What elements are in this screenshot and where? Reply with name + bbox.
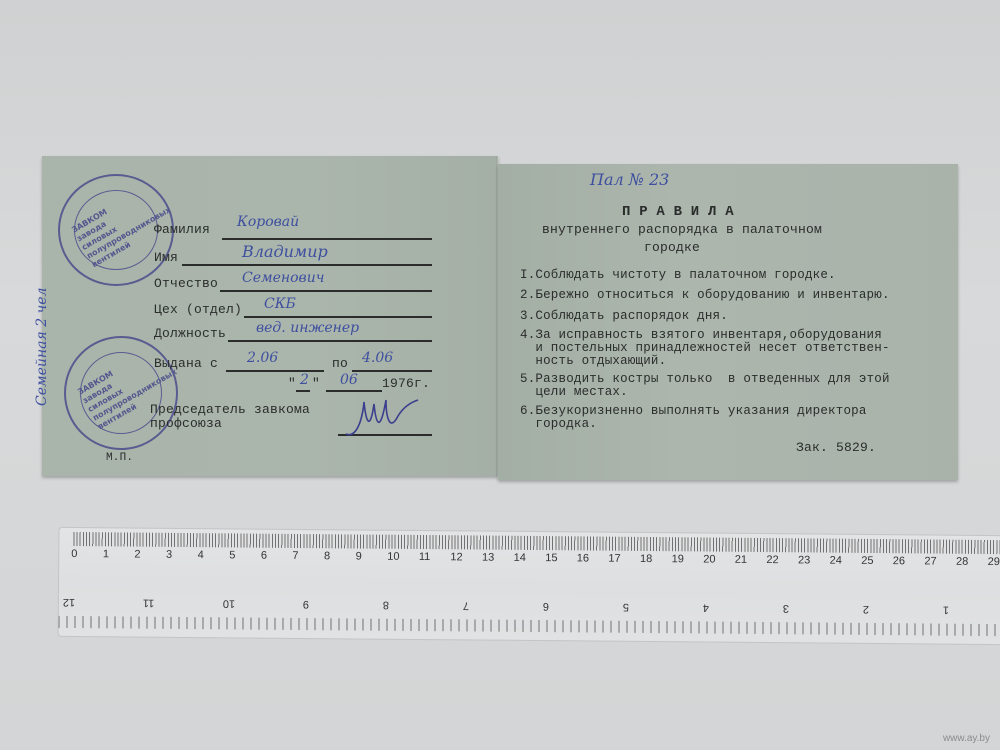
ruler-cm-label: 28 xyxy=(956,556,968,568)
ruler-cm-label: 7 xyxy=(292,550,298,562)
field-value-name: Владимир xyxy=(242,242,328,261)
ruler-cm-label: 21 xyxy=(735,554,747,566)
ruler-cm-label: 25 xyxy=(861,555,873,567)
ruler-cm-label: 10 xyxy=(387,551,399,563)
ruler-cm-label: 19 xyxy=(672,553,684,565)
ruler-cm-label: 23 xyxy=(798,554,810,566)
ruler-cm-label: 9 xyxy=(356,550,362,562)
rule-6-line2: городка. xyxy=(520,417,597,431)
signature-label-line1: Председатель завкома xyxy=(150,402,310,417)
ruler-cm-label: 29 xyxy=(988,556,1000,568)
ruler-inch-label: 8 xyxy=(383,599,389,611)
ruler-cm-label: 20 xyxy=(703,553,715,565)
ruler-cm-label: 4 xyxy=(198,549,204,561)
date-year: 1976г. xyxy=(382,376,430,391)
ruler: 0123456789101112131415161718192021222324… xyxy=(58,527,1000,645)
ruler-cm-label: 2 xyxy=(134,549,140,561)
date-quote-open: " xyxy=(288,376,296,391)
ruler-cm-label: 27 xyxy=(924,555,936,567)
field-line-position xyxy=(228,340,432,342)
ruler-inch-label: 10 xyxy=(223,597,235,609)
ruler-inch-label: 1 xyxy=(943,604,949,616)
issued-from-value: 2.06 xyxy=(247,350,278,366)
ruler-cm-label: 15 xyxy=(545,552,557,564)
seal-label: М.П. xyxy=(106,452,133,464)
ruler-inch-label: 7 xyxy=(463,599,469,611)
rule-4-line3: ность отдыхающий. xyxy=(520,354,666,368)
field-value-position: вед. инженер xyxy=(256,320,359,336)
field-label-patronymic: Отчество xyxy=(154,276,218,291)
rule-4-line1: 4.За исправность взятого инвентаря,обору… xyxy=(520,328,882,342)
rule-1: I.Соблюдать чистоту в палаточном городке… xyxy=(520,268,836,282)
ruler-cm-label: 8 xyxy=(324,550,330,562)
ruler-cm-label: 18 xyxy=(640,553,652,565)
ruler-cm-label: 0 xyxy=(71,548,77,560)
ruler-cm-label: 3 xyxy=(166,549,172,561)
rule-5-line1: 5.Разводить костры только в отведенных д… xyxy=(520,372,890,386)
watermark: www.ay.by xyxy=(943,733,990,744)
field-label-surname: Фамилия xyxy=(154,222,210,237)
handwritten-tent-number: Пал № 23 xyxy=(590,170,669,189)
ruler-inch-label: 2 xyxy=(863,603,869,615)
issued-to-value: 4.06 xyxy=(362,350,393,366)
ruler-cm-label: 12 xyxy=(450,551,462,563)
issued-to-line xyxy=(352,370,432,372)
field-label-name: Имя xyxy=(154,250,178,265)
ruler-inch-label: 3 xyxy=(783,602,789,614)
ruler-cm-label: 6 xyxy=(261,550,267,562)
ruler-mm-ticks xyxy=(73,532,1000,554)
ruler-inch-label: 11 xyxy=(143,597,155,609)
ruler-cm-label: 11 xyxy=(419,551,431,563)
ruler-inch-label: 4 xyxy=(703,601,709,613)
rules-subtitle-line1: внутреннего распорядка в палаточном xyxy=(542,222,822,237)
issued-from-label: Выдана с xyxy=(154,356,218,371)
rules-subtitle-line2: городке xyxy=(644,240,700,255)
signature-label-line2: профсоюза xyxy=(150,416,222,431)
field-value-surname: Коровай xyxy=(237,214,299,230)
field-line-department xyxy=(244,316,432,318)
rule-4-line2: и постельных принадлежностей несет ответ… xyxy=(520,341,890,355)
document-booklet: ЗАВКОМ завода силовых полупроводниковых … xyxy=(42,156,958,480)
left-page: ЗАВКОМ завода силовых полупроводниковых … xyxy=(42,156,498,476)
field-value-department: СКБ xyxy=(264,296,296,312)
date-day: 2 xyxy=(300,372,309,388)
field-value-patronymic: Семенович xyxy=(242,270,324,286)
ruler-cm-label: 1 xyxy=(103,548,109,560)
rule-6-line1: 6.Безукоризненно выполнять указания дире… xyxy=(520,404,867,418)
signature-scribble-icon xyxy=(342,392,422,440)
stamp-bottom: ЗАВКОМ завода силовых полупроводниковых … xyxy=(64,336,178,450)
field-label-position: Должность xyxy=(154,326,226,341)
side-handwritten-note: Семейная 2 чел xyxy=(34,288,50,406)
ruler-cm-label: 14 xyxy=(514,552,526,564)
date-day-line xyxy=(296,390,310,392)
field-line-patronymic xyxy=(220,290,432,292)
ruler-inch-label: 12 xyxy=(63,596,75,608)
right-page: Пал № 23 П Р А В И Л А внутреннего распо… xyxy=(498,164,958,480)
ruler-cm-label: 5 xyxy=(229,549,235,561)
date-month: 06 xyxy=(340,372,358,388)
field-label-department: Цех (отдел) xyxy=(154,302,242,317)
rule-3: 3.Соблюдать распорядок дня. xyxy=(520,309,728,323)
date-quote-close: " xyxy=(312,376,320,391)
field-line-surname xyxy=(222,238,432,240)
ruler-cm-label: 24 xyxy=(830,555,842,567)
field-line-name xyxy=(182,264,432,266)
ruler-inch-label: 9 xyxy=(303,598,309,610)
ruler-cm-label: 26 xyxy=(893,555,905,567)
ruler-inch-label: 5 xyxy=(623,601,629,613)
ruler-cm-label: 16 xyxy=(577,552,589,564)
rule-2: 2.Бережно относиться к оборудованию и ин… xyxy=(520,288,890,302)
order-number: Зак. 5829. xyxy=(796,440,876,455)
ruler-cm-label: 17 xyxy=(608,553,620,565)
ruler-inch-label: 6 xyxy=(543,600,549,612)
rules-title: П Р А В И Л А xyxy=(622,204,734,220)
ruler-cm-label: 13 xyxy=(482,552,494,564)
rule-5-line2: цели местах. xyxy=(520,385,628,399)
issued-from-line xyxy=(226,370,324,372)
ruler-inch-ticks xyxy=(59,616,999,636)
issued-to-label: по xyxy=(332,356,348,371)
ruler-cm-label: 22 xyxy=(766,554,778,566)
